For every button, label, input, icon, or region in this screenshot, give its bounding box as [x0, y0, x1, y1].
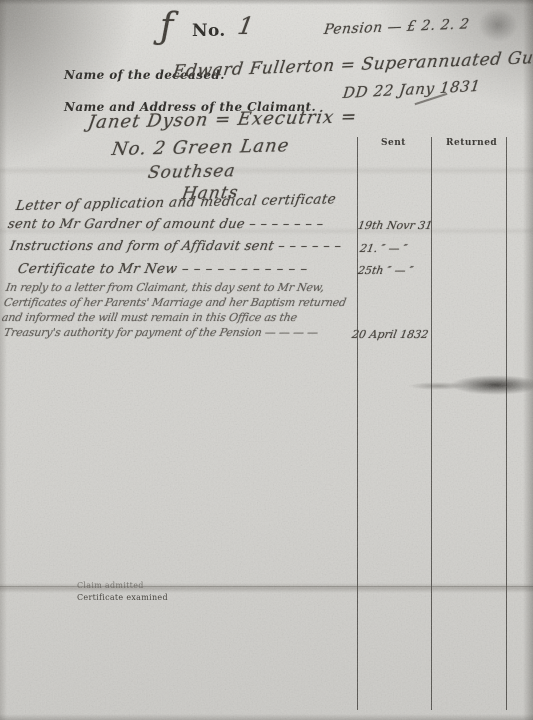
column-rule-right — [506, 137, 507, 710]
entry-3-sent-date: 25th ″ — ″ — [357, 264, 415, 277]
bottom-edge-shadow — [0, 714, 533, 720]
right-edge-shadow — [523, 0, 533, 720]
entry-4-line-2: Certificates of her Parents' Marriage an… — [3, 296, 347, 309]
scanned-pension-claim-form: Sent Returned ƒ No. 1 Pension — £ 2. 2. … — [0, 0, 533, 720]
claimant-name-line: Janet Dyson = Executrix = — [86, 106, 358, 133]
entry-4-line-3: and informed the will must remain in thi… — [1, 311, 298, 324]
entry-4-sent-date: 20 April 1832 — [351, 328, 430, 341]
claim-admitted-stamp: Claim admitted — [77, 581, 144, 590]
entry-4-line-1: In reply to a letter from Claimant, this… — [5, 281, 325, 294]
fold-crease-upper — [0, 166, 533, 175]
ink-blot-smudge — [450, 375, 533, 395]
top-smudge-blob — [478, 8, 518, 42]
entry-1-line-1: Letter of application and medical certif… — [15, 191, 338, 214]
pension-amount-note: Pension — £ 2. 2. 2 — [323, 16, 471, 38]
entry-2-line-1: Instructions and form of Affidavit sent … — [9, 239, 343, 254]
certificate-examined-stamp: Certificate examined — [77, 593, 168, 602]
top-edge-shadow — [0, 0, 533, 5]
left-edge-shadow — [0, 0, 7, 720]
form-number-label: No. — [192, 21, 226, 41]
entry-2-sent-date: 21. ″ — ″ — [359, 242, 408, 255]
entry-3-line-1: Certificate to Mr New – – – – – – – – – … — [17, 261, 309, 277]
pen-flourish: ƒ — [160, 6, 173, 47]
returned-column-header: Returned — [446, 138, 497, 148]
sent-column-header: Sent — [381, 138, 406, 148]
entry-1-line-2: sent to Mr Gardner of amount due – – – –… — [7, 217, 325, 232]
claimant-street-line: No. 2 Green Lane — [110, 135, 291, 160]
entry-4-line-4: Treasury's authority for payment of the … — [3, 326, 319, 339]
form-number-value: 1 — [236, 12, 256, 40]
ink-streak-smudge — [408, 382, 468, 390]
deceased-death-note: DD 22 Jany 1831 — [342, 77, 482, 102]
entry-1-sent-date: 19th Novr 31 — [357, 219, 434, 232]
claimant-town-line: Southsea — [146, 161, 237, 183]
